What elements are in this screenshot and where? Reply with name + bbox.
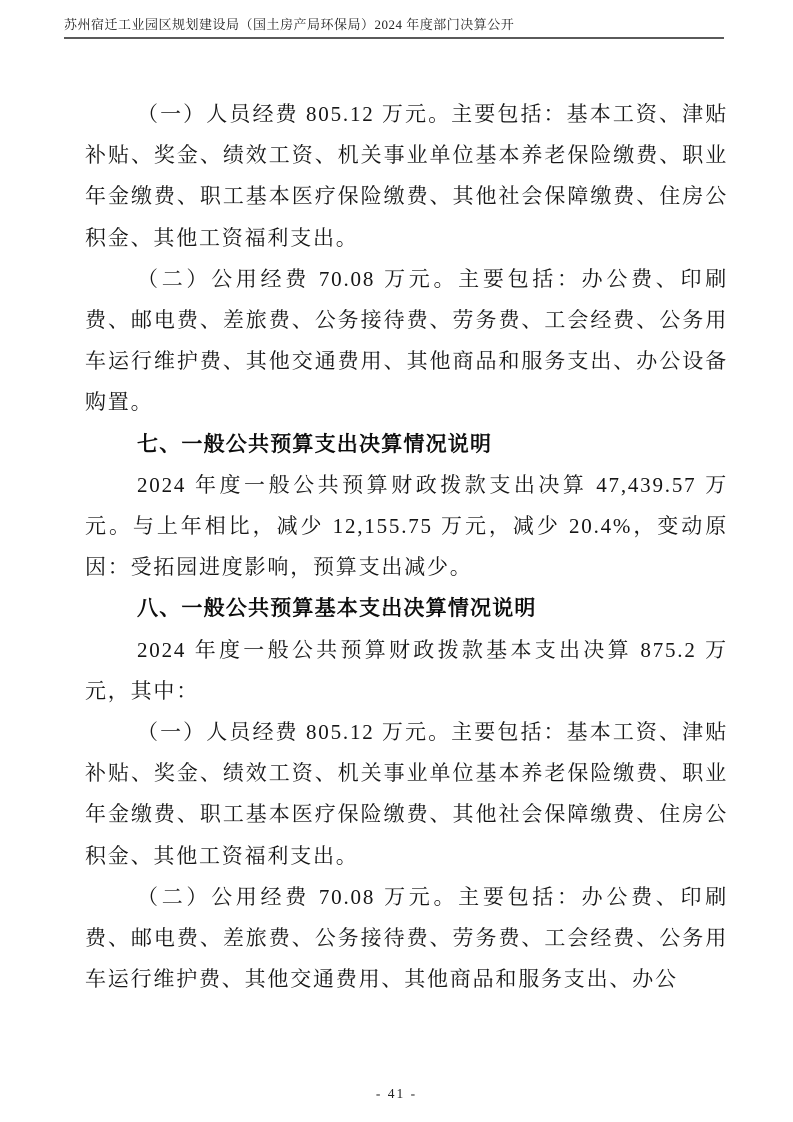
- paragraph: 2024 年度一般公共预算财政拨款基本支出决算 875.2 万元，其中：: [85, 630, 728, 712]
- paragraph: （二）公用经费 70.08 万元。主要包括：办公费、印刷费、邮电费、差旅费、公务…: [85, 259, 728, 424]
- section-heading: 七、一般公共预算支出决算情况说明: [85, 424, 728, 465]
- paragraph: （二）公用经费 70.08 万元。主要包括：办公费、印刷费、邮电费、差旅费、公务…: [85, 877, 728, 1001]
- header-title: 苏州宿迁工业园区规划建设局（国土房产局环保局）2024 年度部门决算公开: [64, 17, 514, 32]
- document-body: （一）人员经费 805.12 万元。主要包括：基本工资、津贴补贴、奖金、绩效工资…: [85, 94, 728, 1000]
- page-header: 苏州宿迁工业园区规划建设局（国土房产局环保局）2024 年度部门决算公开: [64, 14, 724, 39]
- paragraph: （一）人员经费 805.12 万元。主要包括：基本工资、津贴补贴、奖金、绩效工资…: [85, 94, 728, 259]
- page-footer: - 41 -: [0, 1086, 793, 1102]
- paragraph: 2024 年度一般公共预算财政拨款支出决算 47,439.57 万元。与上年相比…: [85, 465, 728, 589]
- page-number: - 41 -: [376, 1086, 417, 1101]
- document-page: 苏州宿迁工业园区规划建设局（国土房产局环保局）2024 年度部门决算公开 （一）…: [0, 0, 793, 1122]
- paragraph: （一）人员经费 805.12 万元。主要包括：基本工资、津贴补贴、奖金、绩效工资…: [85, 712, 728, 877]
- section-heading: 八、一般公共预算基本支出决算情况说明: [85, 588, 728, 629]
